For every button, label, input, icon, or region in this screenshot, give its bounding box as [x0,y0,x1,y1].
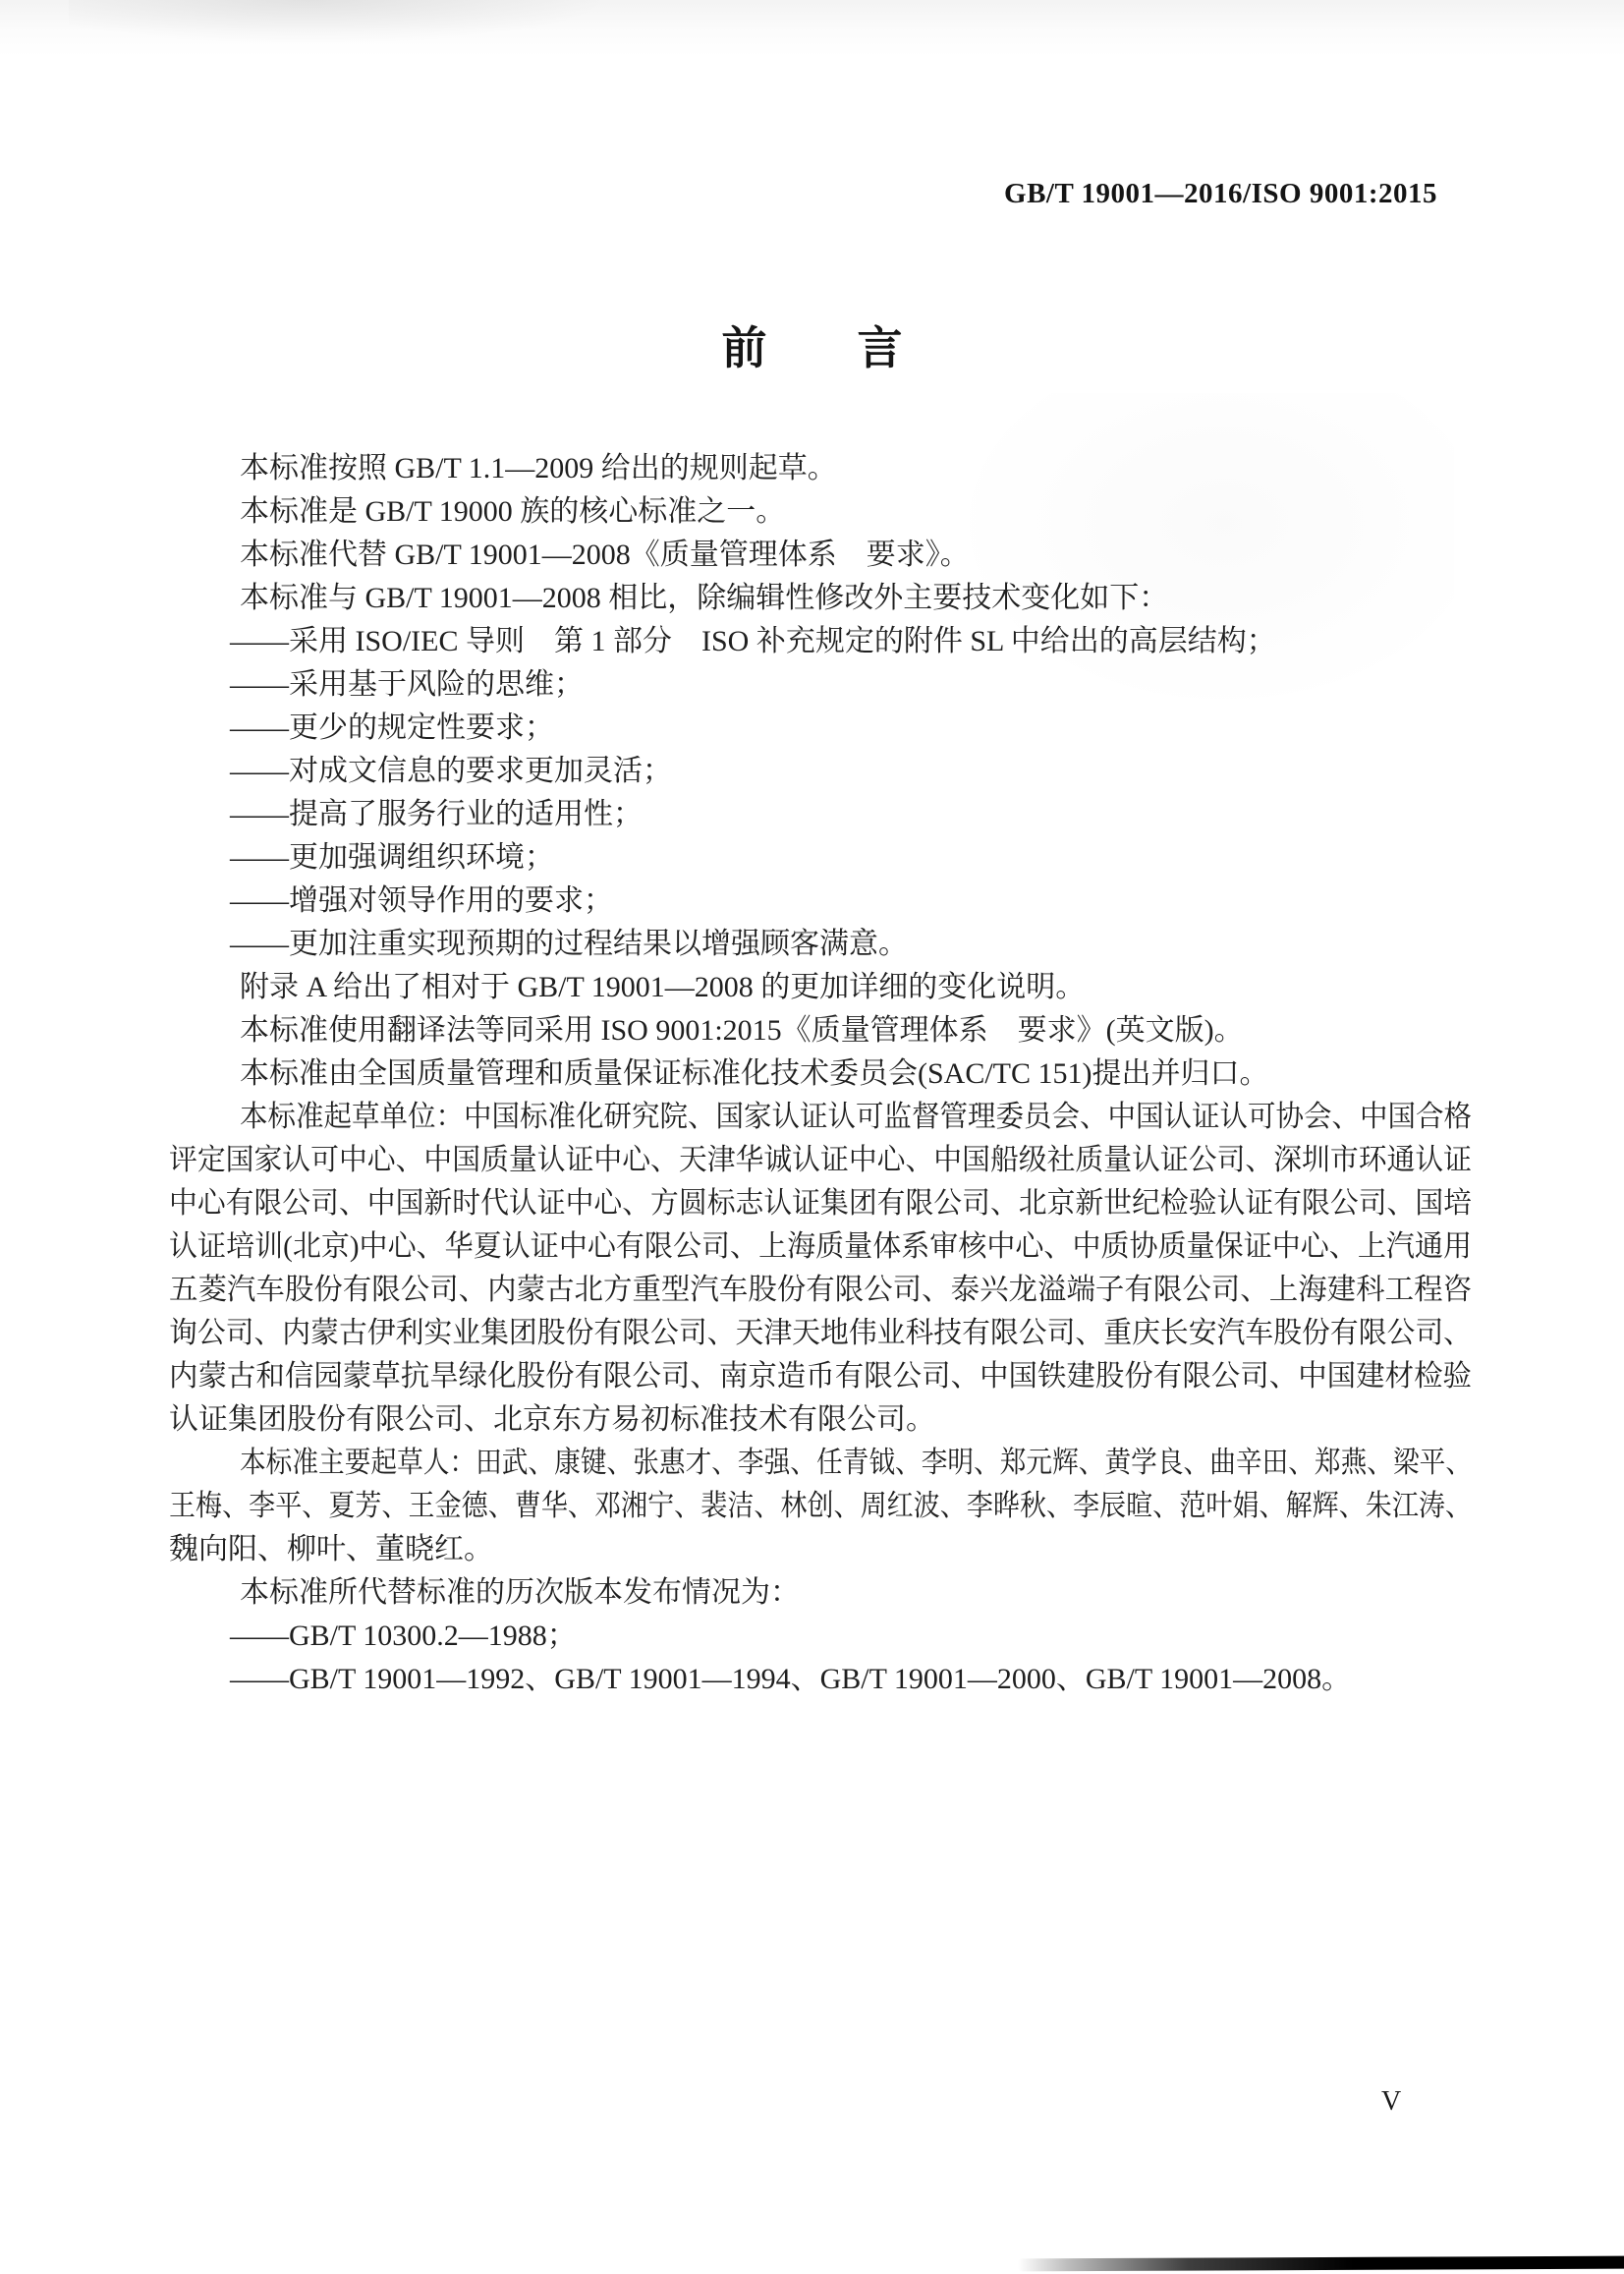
text-line: 认证培训(北京)中心、华夏认证中心有限公司、上海质量体系审核中心、中质协质量保证… [169,1228,1472,1266]
text-line: 魏向阳、柳叶、董晓红。 [169,1531,493,1568]
text-line: 本标准是 GB/T 19000 族的核心标准之一。 [240,493,785,531]
text-line: 本标准所代替标准的历次版本发布情况为： [240,1574,800,1612]
text-line: ——增强对领导作用的要求； [230,882,613,920]
text-line: 本标准代替 GB/T 19001—2008《质量管理体系 要求》。 [240,537,970,574]
text-line: ——对成文信息的要求更加灵活； [230,753,672,790]
text-line: 附录 A 给出了相对于 GB/T 19001—2008 的更加详细的变化说明。 [240,969,1085,1006]
text-line: ——采用基于风险的思维； [230,666,584,704]
text-line: 询公司、内蒙古伊利实业集团股份有限公司、天津天地伟业科技有限公司、重庆长安汽车股… [169,1315,1472,1352]
text-line: ——提高了服务行业的适用性； [230,796,643,833]
running-header: GB/T 19001—2016/ISO 9001:2015 [1004,178,1437,210]
text-line: 中心有限公司、中国新时代认证中心、方圆标志认证集团有限公司、北京新世纪检验认证有… [169,1185,1472,1222]
text-line: 王梅、李平、夏芳、王金德、曹华、邓湘宁、裴洁、林创、周红波、李晔秋、李辰暄、范叶… [169,1488,1472,1525]
text-line: ——更加强调组织环境； [230,839,554,877]
scan-noise-top [0,0,1624,57]
text-line: 本标准由全国质量管理和质量保证标准化技术委员会(SAC/TC 151)提出并归口… [240,1055,1269,1093]
text-line: 本标准起草单位：中国标准化研究院、国家认证认可监督管理委员会、中国认证认可协会、… [240,1099,1472,1136]
text-line: ——更加注重实现预期的过程结果以增强顾客满意。 [230,926,908,963]
text-line: 本标准按照 GB/T 1.1—2009 给出的规则起草。 [240,450,837,487]
title-char-first: 前 [722,321,767,374]
scan-noise-right [943,393,1454,717]
text-line: 评定国家认可中心、中国质量认证中心、天津华诚认证中心、中国船级社质量认证公司、深… [169,1142,1472,1179]
text-line: 本标准使用翻译法等同采用 ISO 9001:2015《质量管理体系 要求》(英文… [240,1012,1244,1050]
text-line: 内蒙古和信园蒙草抗旱绿化股份有限公司、南京造币有限公司、中国铁建股份有限公司、中… [169,1358,1472,1395]
page-title: 前言 [0,313,1624,377]
page-number: V [1381,2086,1401,2118]
text-line: 认证集团股份有限公司、北京东方易初标准技术有限公司。 [169,1401,935,1439]
scan-smudge-bottom [1018,2256,1624,2272]
text-line: 五菱汽车股份有限公司、内蒙古北方重型汽车股份有限公司、泰兴龙溢端子有限公司、上海… [169,1272,1472,1309]
title-char-second: 言 [858,321,903,374]
text-line: ——GB/T 10300.2—1988； [230,1618,577,1655]
document-page: GB/T 19001—2016/ISO 9001:2015 前言 本标准按照 G… [0,0,1624,2274]
text-line: 本标准主要起草人：田武、康键、张惠才、李强、任青钺、李明、郑元辉、黄学良、曲辛田… [240,1445,1472,1482]
scan-noise-blotch [69,0,599,43]
text-line: ——GB/T 19001—1992、GB/T 19001—1994、GB/T 1… [230,1661,1351,1698]
text-line: 本标准与 GB/T 19001—2008 相比，除编辑性修改外主要技术变化如下： [240,580,1168,617]
text-line: ——采用 ISO/IEC 导则 第 1 部分 ISO 补充规定的附件 SL 中给… [230,623,1276,660]
text-line: ——更少的规定性要求； [230,710,554,747]
